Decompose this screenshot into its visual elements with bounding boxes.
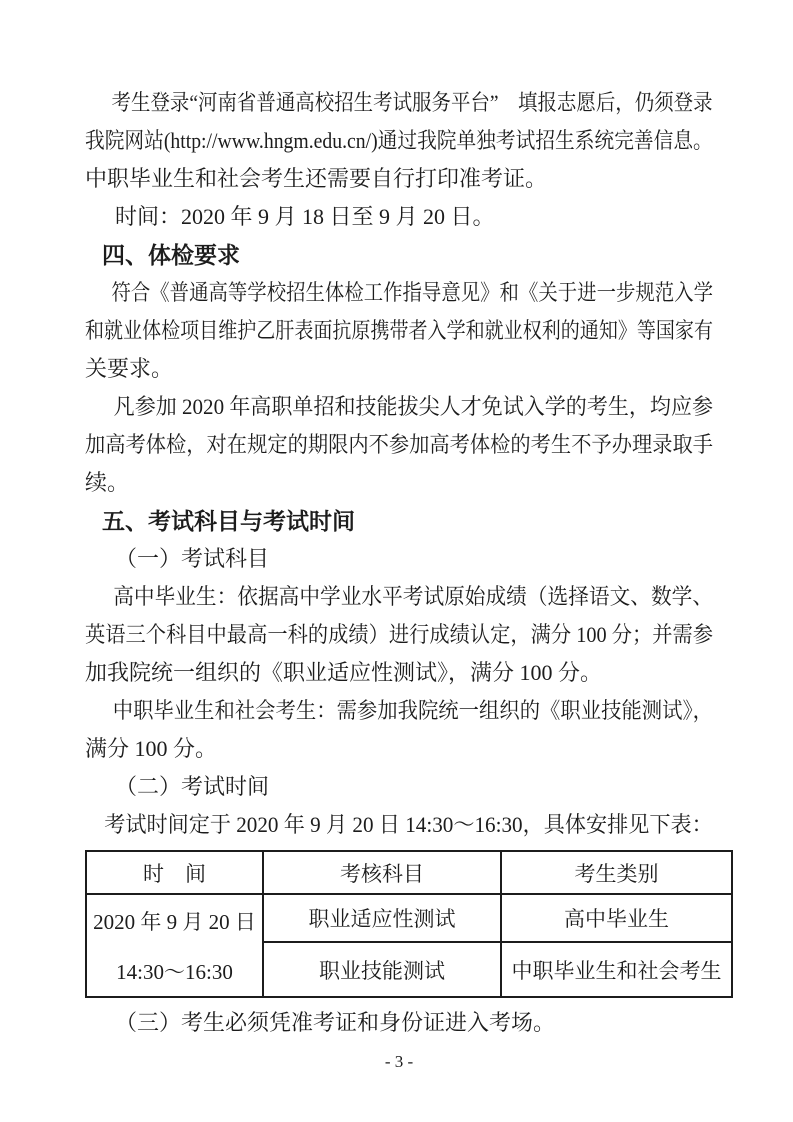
table-header-category: 考生类别 [501,851,732,894]
table-row: 2020 年 9 月 20 日 14:30～16:30 职业适应性测试 高中毕业… [86,894,732,942]
intro-line-3: 中职毕业生和社会考生还需要自行打印准考证。 [85,160,713,198]
intro-line-2: 我院网站(http://www.hngm.edu.cn/)通过我院单独考试招生系… [85,122,648,160]
section4-para1-line-2: 和就业体检项目维护乙肝表面抗原携带者入学和就业权利的通知》等国家有 [85,312,628,350]
exam-time-wrap: 2020 年 9 月 20 日 14:30～16:30 [91,896,258,996]
page-number: - 3 - [85,1050,713,1074]
sub1-para1-line-3: 加我院统一组织的《职业适应性测试》，满分 100 分。 [85,654,713,692]
exam-time-range: 14:30～16:30 [91,956,258,986]
table-header-row: 时 间 考核科目 考生类别 [86,851,732,894]
table-cell-category: 中职毕业生和社会考生 [501,942,732,997]
sub3-line: （三）考生必须凭准考证和身份证进入考场。 [85,1004,713,1042]
exam-date: 2020 年 9 月 20 日 [91,906,258,936]
page-content: 考生登录“河南省普通高校招生考试服务平台” 填报志愿后，仍须登录 我院网站(ht… [85,84,713,1074]
section4-para1-line-1: 符合《普通高等学校招生体检工作指导意见》和《关于进一步规范入学 [85,274,639,312]
section5-heading: 五、考试科目与考试时间 [85,502,713,540]
table-cell-exam-time: 2020 年 9 月 20 日 14:30～16:30 [86,894,263,997]
section4-para2-line-1: 凡参加 2020 年高职单招和技能拔尖人才免试入学的考生，均应参 [85,388,685,426]
exam-schedule-table: 时 间 考核科目 考生类别 2020 年 9 月 20 日 14:30～16:3… [85,850,733,998]
section4-para2-line-3: 续。 [85,464,713,502]
intro-line-1: 考生登录“河南省普通高校招生考试服务平台” 填报志愿后，仍须登录 [85,84,640,122]
section4-para1-line-3: 关要求。 [85,350,713,388]
sub2-heading: （二）考试时间 [85,768,713,806]
section4-heading: 四、体检要求 [85,236,713,274]
sub2-intro-line: 考试时间定于 2020 年 9 月 20 日 14:30～16:30，具体安排见… [85,806,688,844]
sub1-para1-line-2: 英语三个科目中最高一科的成绩）进行成绩认定，满分 100 分；并需参 [85,616,663,654]
table-cell-category: 高中毕业生 [501,894,732,942]
section4-para2-line-2: 加高考体检，对在规定的期限内不参加高考体检的考生不予办理录取手 [85,426,663,464]
sub1-para2-line-2: 满分 100 分。 [85,730,713,768]
document-page: 考生登录“河南省普通高校招生考试服务平台” 填报志愿后，仍须登录 我院网站(ht… [0,0,793,1122]
table-cell-subject: 职业技能测试 [263,942,501,997]
sub1-heading: （一）考试科目 [85,540,713,578]
sub1-para2-line-1: 中职毕业生和社会考生：需参加我院统一组织的《职业技能测试》， [85,692,666,730]
table-header-time: 时 间 [86,851,263,894]
registration-time-line: 时间：2020 年 9 月 18 日至 9 月 20 日。 [85,198,713,236]
sub1-para1-line-1: 高中毕业生：依据高中学业水平考试原始成绩（选择语文、数学、 [85,578,675,616]
table-cell-subject: 职业适应性测试 [263,894,501,942]
table-header-subject: 考核科目 [263,851,501,894]
